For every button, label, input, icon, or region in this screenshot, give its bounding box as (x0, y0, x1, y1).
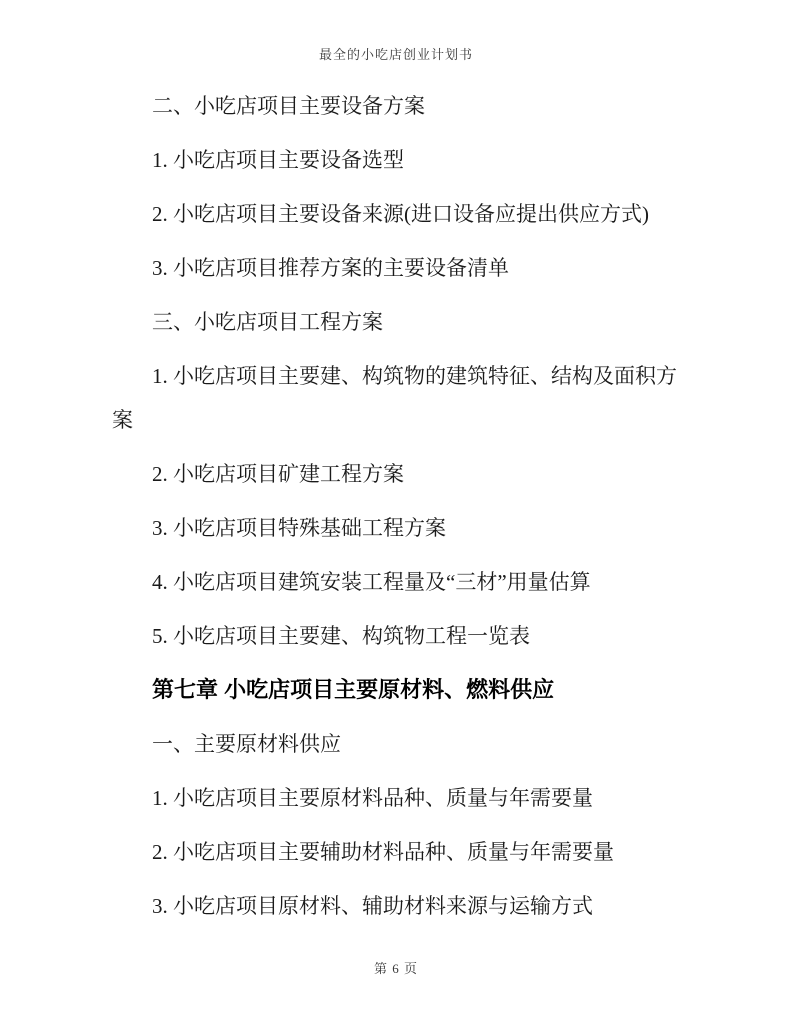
chapter-heading: 第七章 小吃店项目主要原材料、燃料供应 (112, 668, 687, 712)
toc-item: 1. 小吃店项目主要建、构筑物的建筑特征、结构及面积方案 (112, 354, 687, 442)
toc-item: 二、小吃店项目主要设备方案 (112, 84, 687, 128)
toc-item: 5. 小吃店项目主要建、构筑物工程一览表 (112, 614, 687, 658)
toc-item: 1. 小吃店项目主要原材料品种、质量与年需要量 (112, 776, 687, 820)
document-page: 最全的小吃店创业计划书 二、小吃店项目主要设备方案1. 小吃店项目主要设备选型2… (0, 0, 792, 1025)
toc-item: 2. 小吃店项目矿建工程方案 (112, 452, 687, 496)
toc-item: 2. 小吃店项目主要辅助材料品种、质量与年需要量 (112, 830, 687, 874)
page-number: 第 6 页 (0, 958, 792, 977)
toc-item: 3. 小吃店项目特殊基础工程方案 (112, 506, 687, 550)
toc-item: 3. 小吃店项目推荐方案的主要设备清单 (112, 246, 687, 290)
toc-item: 一、主要原材料供应 (112, 722, 687, 766)
toc-item: 4. 小吃店项目建筑安装工程量及“三材”用量估算 (112, 560, 687, 604)
toc-item: 三、小吃店项目工程方案 (112, 300, 687, 344)
page-header-title: 最全的小吃店创业计划书 (0, 44, 792, 63)
toc-item: 2. 小吃店项目主要设备来源(进口设备应提出供应方式) (112, 192, 687, 236)
toc-item: 1. 小吃店项目主要设备选型 (112, 138, 687, 182)
document-body: 二、小吃店项目主要设备方案1. 小吃店项目主要设备选型2. 小吃店项目主要设备来… (112, 84, 687, 938)
toc-item: 3. 小吃店项目原材料、辅助材料来源与运输方式 (112, 884, 687, 928)
